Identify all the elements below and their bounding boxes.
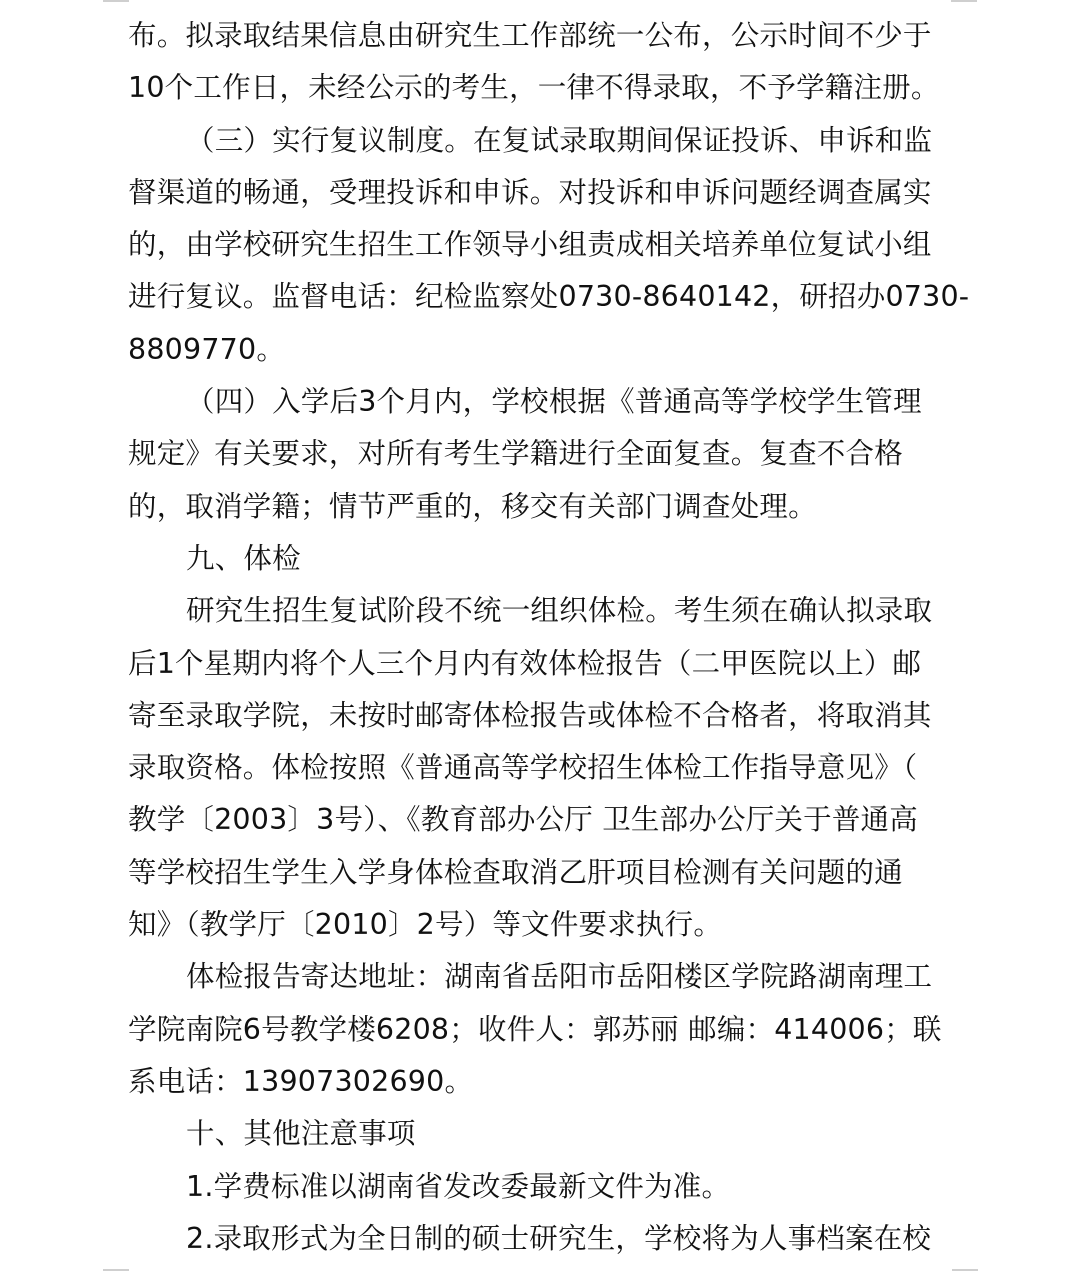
text-line: （三）实行复议制度。在复试录取期间保证投诉、申诉和监 (128, 115, 954, 167)
text-line: 10个工作日，未经公示的考生，一律不得录取，不予学籍注册。 (128, 62, 954, 114)
section-heading-other-notes: 十、其他注意事项 (128, 1108, 954, 1160)
text-line: 寄至录取学院，未按时邮寄体检报告或体检不合格者，将取消其 (128, 690, 954, 742)
text-line: 8809770。 (128, 324, 954, 376)
section-heading-physical-exam: 九、体检 (128, 533, 954, 585)
text-line: 进行复议。监督电话：纪检监察处0730-8640142，研招办0730- (128, 271, 954, 323)
crop-mark-top-left (103, 0, 129, 2)
text-line: （四）入学后3个月内，学校根据《普通高等学校学生管理 (128, 376, 954, 428)
text-line: 录取资格。体检按照《普通高等学校招生体检工作指导意见》（ (128, 742, 954, 794)
text-line: 系电话：13907302690。 (128, 1056, 954, 1108)
document-page: 布。拟录取结果信息由研究生工作部统一公布，公示时间不少于 10个工作日，未经公示… (128, 10, 954, 1265)
text-line: 的，取消学籍；情节严重的，移交有关部门调查处理。 (128, 481, 954, 533)
text-line: 规定》有关要求，对所有考生学籍进行全面复查。复查不合格 (128, 428, 954, 480)
text-line: 学院南院6号教学楼6208；收件人：郭苏丽 邮编：414006；联 (128, 1004, 954, 1056)
text-line: 布。拟录取结果信息由研究生工作部统一公布，公示时间不少于 (128, 10, 954, 62)
text-line: 教学〔2003〕3号）、《教育部办公厅 卫生部办公厅关于普通高 (128, 794, 954, 846)
text-line: 知》（教学厅〔2010〕2号）等文件要求执行。 (128, 899, 954, 951)
text-line: 等学校招生学生入学身体检查取消乙肝项目检测有关问题的通 (128, 847, 954, 899)
text-line: 体检报告寄达地址：湖南省岳阳市岳阳楼区学院路湖南理工 (128, 951, 954, 1003)
crop-mark-top-right (951, 0, 977, 2)
text-line: 的，由学校研究生招生工作领导小组责成相关培养单位复试小组 (128, 219, 954, 271)
text-line: 研究生招生复试阶段不统一组织体检。考生须在确认拟录取 (128, 585, 954, 637)
text-line: 督渠道的畅通，受理投诉和申诉。对投诉和申诉问题经调查属实 (128, 167, 954, 219)
text-line: 后1个星期内将个人三个月内有效体检报告（二甲医院以上）邮 (128, 638, 954, 690)
list-item: 1.学费标准以湖南省发改委最新文件为准。 (128, 1161, 954, 1213)
list-item: 2.录取形式为全日制的硕士研究生，学校将为人事档案在校 (128, 1213, 954, 1265)
